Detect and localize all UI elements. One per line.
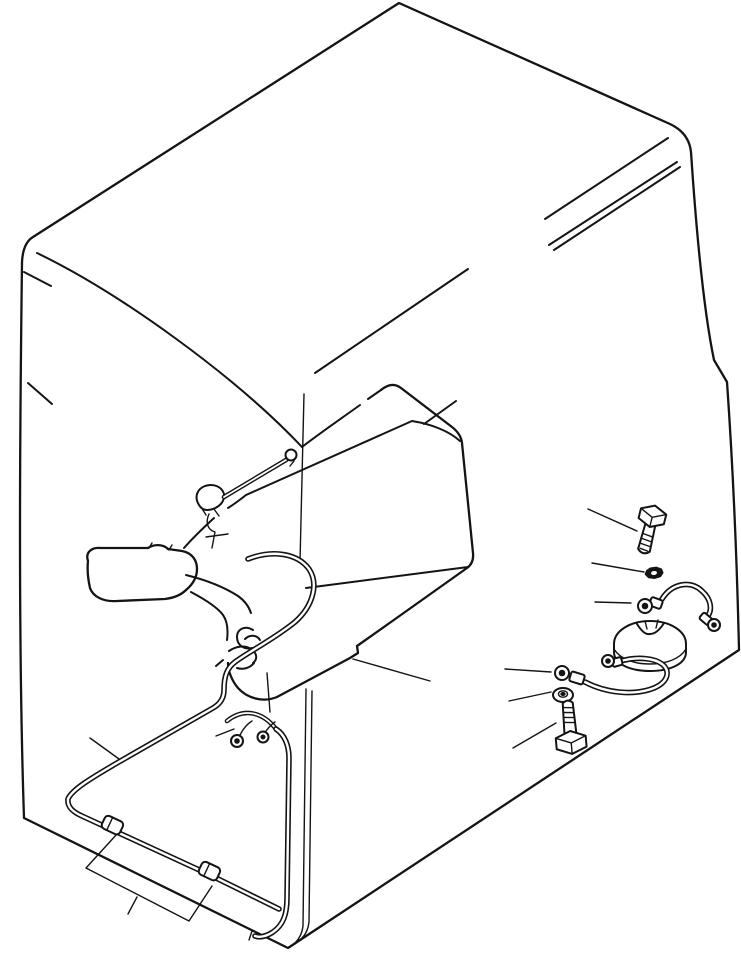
strap-ferrule-a	[569, 671, 585, 685]
pad-outline	[87, 545, 197, 601]
floor-fold-line	[353, 659, 430, 681]
parts-diagram	[0, 0, 741, 957]
console-tank	[184, 385, 473, 700]
drop-hose-end-tick	[249, 931, 252, 940]
ring-terminal-a-hole	[642, 603, 648, 609]
filler-knob	[197, 485, 228, 548]
fittings-leader-line	[216, 729, 234, 736]
hose-leader-line	[90, 738, 119, 759]
ring-terminal-a-hole	[559, 670, 565, 676]
fitting-ring-1-hole	[235, 739, 240, 744]
opening-edge	[302, 390, 381, 447]
pad-arms	[186, 575, 251, 640]
mirror-pad	[87, 543, 251, 640]
hose-clamp-1	[100, 815, 124, 836]
hose-clamp-2	[197, 861, 221, 882]
rubber-cap	[614, 620, 686, 671]
cab-outline	[20, 3, 739, 948]
cab-enclosure-shell	[20, 3, 739, 948]
fitting-ring-2-hole	[261, 735, 265, 739]
hex-bolt-upper	[631, 502, 668, 556]
knob-body	[197, 485, 225, 510]
bolt-upper-leader	[588, 509, 637, 531]
ring-terminal-b-hole	[712, 623, 717, 628]
bolt-lower-leader	[513, 723, 556, 748]
washer-hole	[561, 692, 565, 695]
rod-ball-end	[286, 450, 297, 461]
pull-rod	[224, 450, 297, 498]
roof-fold-lines	[24, 138, 680, 447]
hex-bolt-lower	[553, 699, 588, 755]
nozzle-fittings	[227, 713, 276, 747]
tank-top-edge	[246, 421, 460, 495]
washer-leader	[509, 692, 551, 701]
tank-left-face-edges	[184, 495, 246, 548]
bolt-shaft	[637, 523, 656, 555]
drop-hose	[249, 729, 289, 940]
nut-upper-leader	[592, 563, 644, 572]
nut-upper	[644, 566, 663, 579]
parts-diagram-page	[0, 0, 741, 957]
bolt-head	[637, 502, 668, 530]
vertical-leader-line	[300, 394, 304, 562]
ground-strap-lower	[555, 655, 667, 693]
tank-outline	[228, 385, 473, 700]
ring-terminal-b-hole	[606, 659, 611, 664]
strap-upper-leader	[595, 602, 631, 603]
tank-hatch-line	[424, 401, 456, 424]
washer-lower	[553, 688, 573, 702]
strap-lower-leader	[505, 669, 551, 672]
rod-tick	[290, 461, 294, 466]
